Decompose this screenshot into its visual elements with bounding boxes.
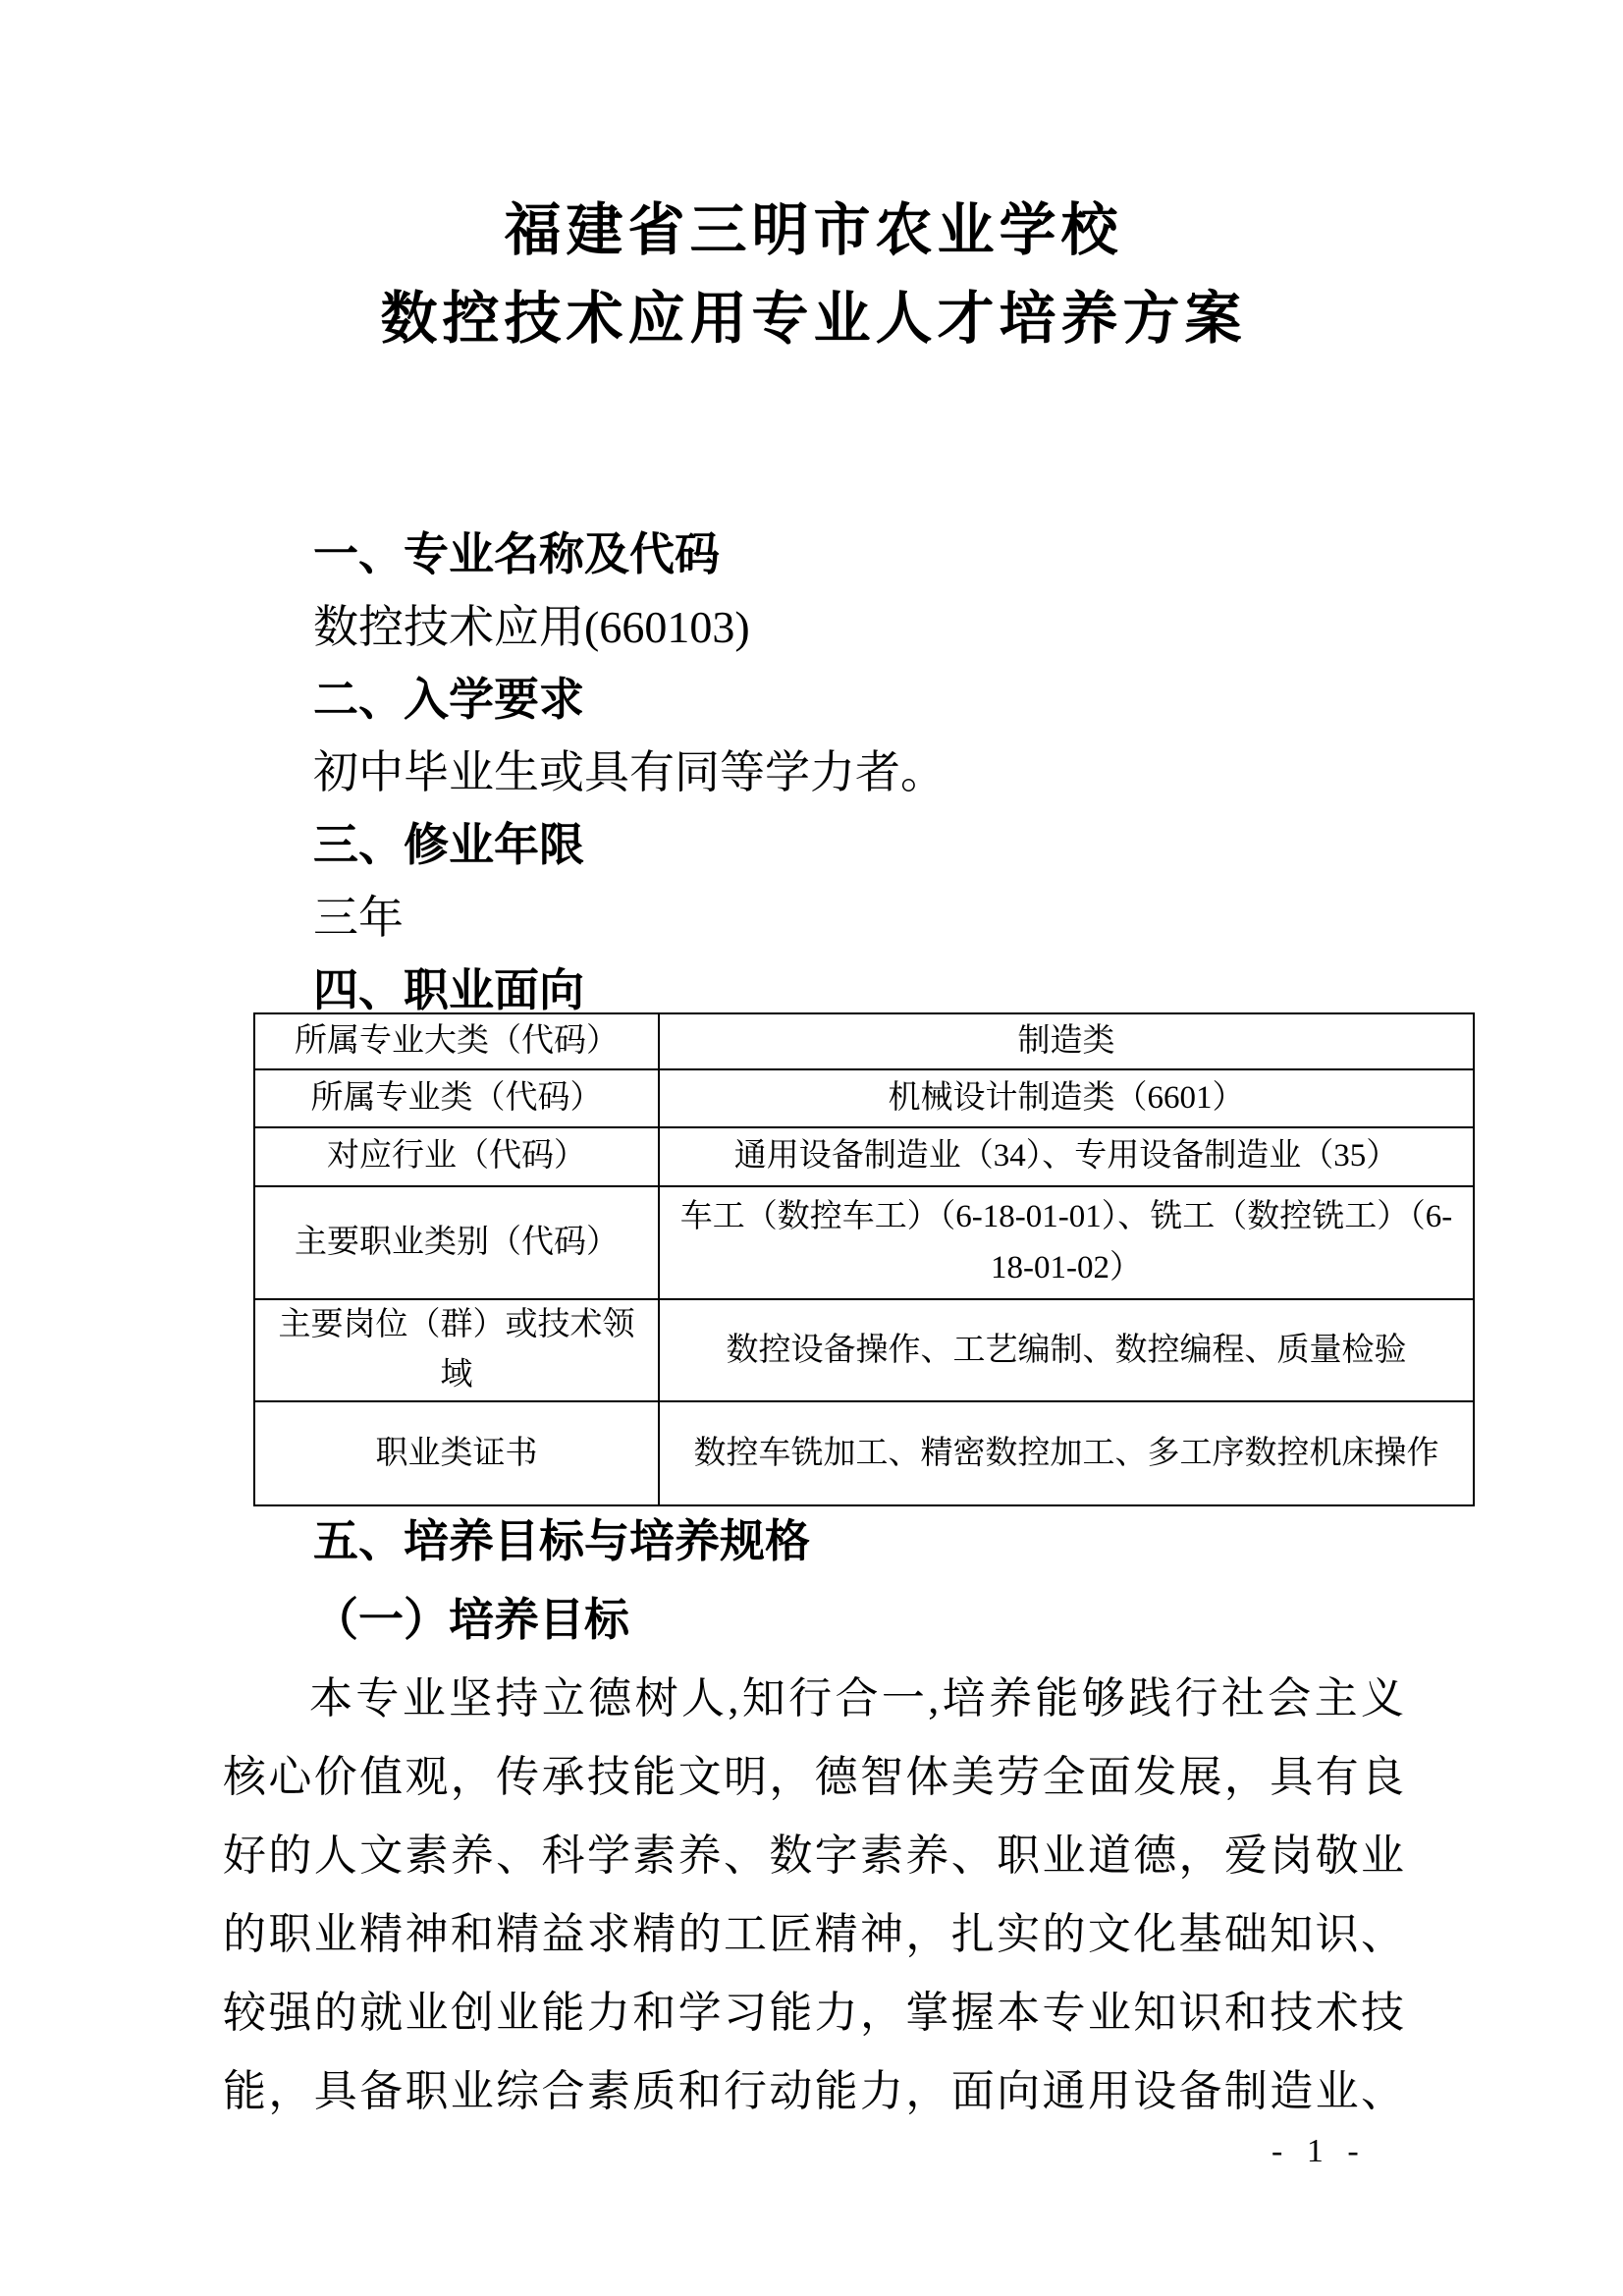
training-goal-subheading: （一）培养目标 [223, 1581, 1404, 1660]
table-row: 对应行业（代码） 通用设备制造业（34）、专用设备制造业（35） [254, 1127, 1474, 1186]
table-row: 所属专业类（代码） 机械设计制造类（6601） [254, 1069, 1474, 1127]
paragraph-line: 核心价值观，传承技能文明，德智体美劳全面发展，具有良 [223, 1738, 1404, 1817]
section-body-3: 三年 [223, 882, 1404, 955]
row-value-cell: 数控设备操作、工艺编制、数控编程、质量检验 [659, 1299, 1474, 1401]
section-heading-3: 三、修业年限 [223, 809, 1404, 882]
row-value-cell: 制造类 [659, 1013, 1474, 1069]
table-row: 所属专业大类（代码） 制造类 [254, 1013, 1474, 1069]
page-number: - 1 - [1271, 2133, 1367, 2170]
paragraph-line: 好的人文素养、科学素养、数字素养、职业道德，爱岗敬业 [223, 1817, 1404, 1895]
table-row: 职业类证书 数控车铣加工、精密数控加工、多工序数控机床操作 [254, 1401, 1474, 1505]
training-goal-paragraph: 本专业坚持立德树人,知行合一,培养能够践行社会主义 核心价值观，传承技能文明，德… [223, 1660, 1404, 2131]
row-value-cell: 通用设备制造业（34）、专用设备制造业（35） [659, 1127, 1474, 1186]
career-orientation-table: 所属专业大类（代码） 制造类 所属专业类（代码） 机械设计制造类（6601） 对… [253, 1012, 1475, 1506]
row-label-cell: 主要职业类别（代码） [254, 1186, 659, 1299]
page-title-line1: 福建省三明市农业学校 [223, 187, 1404, 275]
row-label-cell: 所属专业类（代码） [254, 1069, 659, 1127]
section-heading-1: 一、专业名称及代码 [223, 519, 1404, 591]
section-body-1: 数控技术应用(660103) [223, 591, 1404, 664]
paragraph-line: 较强的就业创业能力和学习能力，掌握本专业知识和技术技 [223, 1974, 1404, 2052]
page-title: 福建省三明市农业学校 数控技术应用专业人才培养方案 [223, 187, 1404, 363]
section-heading-5: 五、培养目标与培养规格 [223, 1503, 1404, 1581]
page-title-line2: 数控技术应用专业人才培养方案 [223, 275, 1404, 363]
section-heading-2: 二、入学要求 [223, 664, 1404, 737]
section-body-2: 初中毕业生或具有同等学力者。 [223, 737, 1404, 809]
outline-sections: 一、专业名称及代码 数控技术应用(660103) 二、入学要求 初中毕业生或具有… [223, 519, 1404, 1027]
paragraph-line: 的职业精神和精益求精的工匠精神，扎实的文化基础知识、 [223, 1895, 1404, 1974]
paragraph-line: 本专业坚持立德树人,知行合一,培养能够践行社会主义 [223, 1660, 1404, 1738]
row-value-cell: 机械设计制造类（6601） [659, 1069, 1474, 1127]
document-page: 福建省三明市农业学校 数控技术应用专业人才培养方案 一、专业名称及代码 数控技术… [0, 0, 1623, 2296]
row-label-cell: 主要岗位（群）或技术领域 [254, 1299, 659, 1401]
row-label-cell: 对应行业（代码） [254, 1127, 659, 1186]
row-value-cell: 数控车铣加工、精密数控加工、多工序数控机床操作 [659, 1401, 1474, 1505]
row-label-cell: 职业类证书 [254, 1401, 659, 1505]
table-row: 主要职业类别（代码） 车工（数控车工）（6-18-01-01）、铣工（数控铣工）… [254, 1186, 1474, 1299]
paragraph-line: 能，具备职业综合素质和行动能力，面向通用设备制造业、 [223, 2052, 1404, 2131]
row-label-cell: 所属专业大类（代码） [254, 1013, 659, 1069]
table-row: 主要岗位（群）或技术领域 数控设备操作、工艺编制、数控编程、质量检验 [254, 1299, 1474, 1401]
row-value-cell: 车工（数控车工）（6-18-01-01）、铣工（数控铣工）（6-18-01-02… [659, 1186, 1474, 1299]
